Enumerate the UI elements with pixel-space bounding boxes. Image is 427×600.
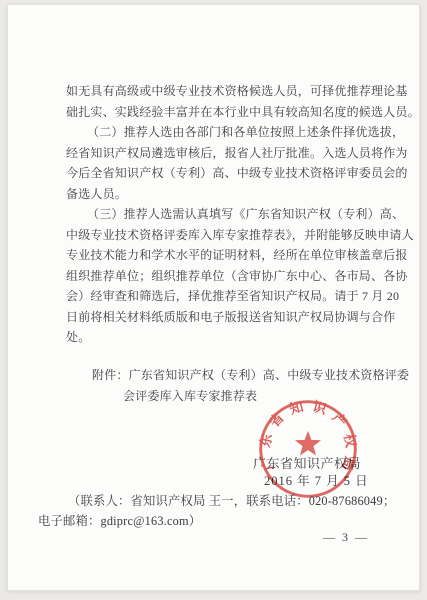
issue-date: 2016 年 7 月 5 日 [264,471,369,489]
body-line: （三）推荐人选需认真填写《广东省知识产权（专利）高、 [66,204,418,225]
contact-line: （联系人：省知识产权局 王一，联系电话：020-87686049； [38,492,418,512]
scan-background: 如无具有高级或中级专业技术资格候选人员，可择优推荐理论基 础扎实、实践经验丰富并… [0,0,427,600]
issuing-organization: 广东省知识产权局 [253,453,361,472]
body-line: 今后全省知识产权（专利）高、中级专业技术资格评审委员会的 [66,163,418,184]
body-line: 会）经审查和筛选后，择优推荐至省知识产权局。请于 7 月 20 [66,286,418,307]
page-number: — 3 — [323,530,369,545]
body-text-block: 如无具有高级或中级专业技术资格候选人员，可择优推荐理论基 础扎实、实践经验丰富并… [66,81,418,348]
attachment-note: 附件：广东省知识产权（专利）高、中级专业技术资格评委 会评委库入库专家推荐表 [66,365,416,406]
star-icon [295,431,321,456]
seal-char: 产 [329,409,350,430]
contact-line: 电子邮箱：gdiprc@163.com） [38,512,418,532]
body-line: 专业技术能力和学术水平的证明材料，经所在单位审核盖章后报 [66,245,418,266]
body-line: 日前将相关材料纸质版和电子版报送省知识产权局协调与合作 [66,307,418,328]
body-line: 础扎实、实践经验丰富并在本行业中具有较高知名度的候选人员。 [66,102,418,123]
attachment-line: 附件：广东省知识产权（专利）高、中级专业技术资格评委 [66,365,416,386]
contact-note: （联系人：省知识产权局 王一，联系电话：020-87686049； 电子邮箱：g… [38,492,418,531]
seal-char: 省 [266,409,287,430]
seal-char: 权 [341,432,358,449]
body-line: （二）推荐人选由各部门和各单位按照上述条件择优选拔， [66,122,418,143]
scanned-document-page: 如无具有高级或中级专业技术资格候选人员，可择优推荐理论基 础扎实、实践经验丰富并… [7,4,420,591]
body-line: 中级专业技术资格评委库入库专家推荐表》，并附能够反映申请人 [66,225,418,246]
body-line: 经省知识产权局遴选审核后，报省人社厅批准。入选人员将作为 [66,143,418,164]
body-line: 处。 [66,327,418,348]
seal-char: 东 [258,432,275,449]
body-line: 备选人员。 [66,184,418,205]
attachment-line: 会评委库入库专家推荐表 [66,386,416,407]
body-line: 组织推荐单位；组织推荐单位（含审协广东中心、各市局、各协 [66,266,418,287]
body-line: 如无具有高级或中级专业技术资格候选人员，可择优推荐理论基 [66,81,418,102]
